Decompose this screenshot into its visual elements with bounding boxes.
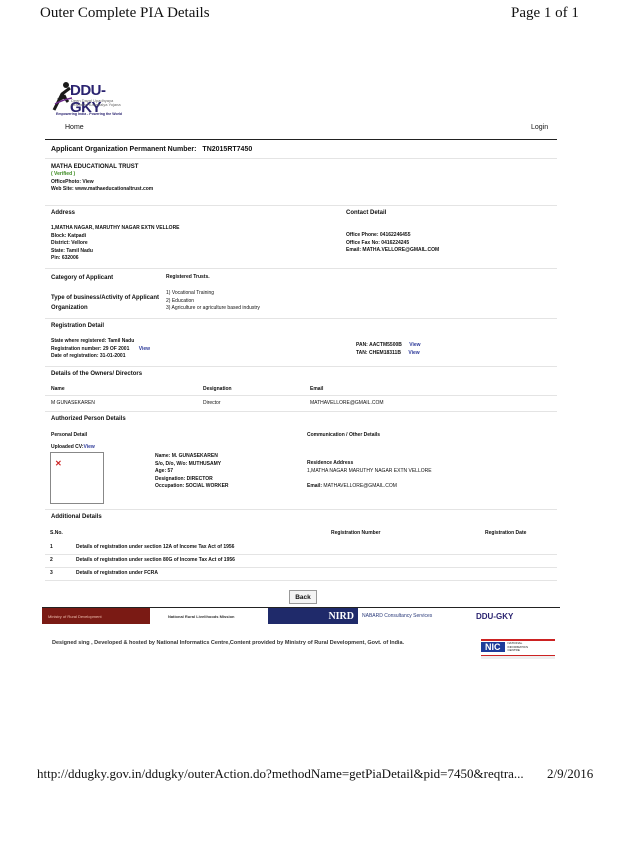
owners-col-designation: Designation (203, 386, 232, 394)
divider (45, 205, 557, 206)
divider (45, 580, 557, 581)
authorized-personal-block: Name: M. GUNASEKAREN S/o, D/o, W/o: MUTH… (155, 453, 229, 491)
block-label: Block: (51, 233, 66, 239)
communication-label: Communication / Other Details (307, 432, 380, 440)
registration-date-row: Date of registration: 31-01-2001 (51, 353, 150, 361)
auth-relation-row: S/o, D/o, W/o: MUTHUSAMY (155, 461, 229, 469)
runner-icon (52, 80, 72, 114)
ddu-gky-logo[interactable]: DDU-GKY Deen Dayal Upadhyaya Grameen Kau… (52, 78, 132, 118)
auth-relation-label: S/o, D/o, W/o: (155, 461, 187, 467)
office-photo-label: OfficePhoto: (51, 179, 81, 185)
pan-label: PAN: (356, 342, 368, 348)
personal-detail-label: Personal Detail (51, 432, 87, 440)
residence-value: 1,MATHA NAGAR MARUTHY NAGAR EXTN VELLORE (307, 468, 432, 476)
contact-email-value: MATHA.VELLORE@GMAIL.COM (362, 247, 439, 253)
logo-subtitle: Deen Dayal Upadhyaya Grameen Kaushalya Y… (71, 99, 131, 107)
additional-row-description: Details of registration under FCRA (76, 570, 158, 578)
pin-label: Pin: (51, 255, 60, 261)
tan-value: CHEM18311B (369, 350, 401, 356)
logo-tagline: Empowering India - Powering the World (56, 112, 122, 116)
registration-number-value: 29 OF 2001 (103, 346, 129, 352)
residence-label: Residence Address (307, 460, 432, 468)
owner-designation: Director (203, 400, 221, 408)
registration-heading: Registration Detail (51, 323, 104, 329)
office-fax-label: Office Fax No: (346, 240, 380, 246)
additional-row-description: Details of registration under section 80… (76, 557, 235, 565)
district-row: District: Vellore (51, 240, 180, 248)
additional-heading: Additional Details (51, 514, 102, 520)
mord-logo[interactable]: Ministry of Rural Development (42, 608, 150, 624)
contact-block: Office Phone: 04162246455 Office Fax No:… (346, 232, 439, 255)
additional-col-sno: S.No. (50, 530, 63, 538)
authorized-heading: Authorized Person Details (51, 416, 126, 422)
auth-name-row: Name: M. GUNASEKAREN (155, 453, 229, 461)
divider (45, 567, 557, 568)
additional-row-sno: 2 (50, 557, 53, 565)
nav-home-link[interactable]: Home (65, 124, 84, 131)
divider (45, 411, 557, 412)
tax-block: PAN: AACTM5500B View TAN: CHEM18311B Vie… (356, 342, 421, 357)
registered-state-value: Tamil Nadu (108, 338, 135, 344)
business-activity-item: 3) Agriculture or agriculture based indu… (166, 305, 260, 313)
tan-view-link[interactable]: View (408, 350, 419, 356)
business-activity-item: 1) Vocational Training (166, 290, 260, 298)
additional-row-description: Details of registration under section 12… (76, 544, 234, 552)
pan-row: PAN: AACTM5500B View (356, 342, 421, 350)
nic-logo-subtitle: NATIONAL INFORMATICS CENTRE (508, 642, 532, 653)
applicant-number-row: Applicant Organization Permanent Number:… (51, 146, 252, 153)
residence-block: Residence Address 1,MATHA NAGAR MARUTHY … (307, 460, 432, 491)
business-label: Type of business/Activity of Applicant O… (51, 293, 161, 313)
auth-name-label: Name: (155, 453, 170, 459)
owner-name: M GUNASEKAREN (51, 400, 95, 408)
owner-email: MATHAVELLORE@GMAIL.COM (310, 400, 384, 408)
broken-image-icon: ✕ (55, 459, 62, 468)
print-date: 2/9/2016 (547, 766, 593, 782)
verified-badge: ( Verified ) (51, 171, 153, 179)
block-row: Block: Katpadi (51, 233, 180, 241)
auth-age-row: Age: 57 (155, 468, 229, 476)
auth-designation-label: Designation: (155, 476, 185, 482)
uploaded-cv-label: Uploaded CV: (51, 444, 84, 450)
state-row: State: Tamil Nadu (51, 248, 180, 256)
state-value: Tamil Nadu (66, 248, 93, 254)
auth-occupation-label: Occupation: (155, 483, 184, 489)
office-photo-row: OfficePhoto: View (51, 179, 153, 187)
address-heading: Address (51, 210, 75, 216)
registration-number-row: Registration number: 29 OF 2001 View (51, 346, 150, 354)
website-row: Web Site: www.mathaeducationaltrust.com (51, 186, 153, 194)
district-value: Vellore (71, 240, 87, 246)
footer-credit: Designed sing , Developed & hosted by Na… (52, 640, 472, 646)
tan-label: TAN: (356, 350, 368, 356)
auth-age-value: 57 (168, 468, 174, 474)
office-phone-value: 04162246455 (380, 232, 411, 238)
office-phone-label: Office Phone: (346, 232, 379, 238)
contact-heading: Contact Detail (346, 210, 386, 216)
registered-state-label: State where registered: (51, 338, 106, 344)
category-label: Category of Applicant (51, 275, 113, 281)
auth-occupation-value: SOCIAL WORKER (186, 483, 229, 489)
cv-view-link[interactable]: View (84, 444, 95, 450)
auth-email-value: MATHAVELLORE@GMAIL.COM (323, 483, 397, 489)
owners-heading: Details of the Owners/ Directors (51, 371, 142, 377)
registration-block: State where registered: Tamil Nadu Regis… (51, 338, 150, 361)
auth-occupation-row: Occupation: SOCIAL WORKER (155, 483, 229, 491)
office-fax-value: 0416224245 (381, 240, 409, 246)
registration-date-label: Date of registration: (51, 353, 99, 359)
auth-age-label: Age: (155, 468, 166, 474)
district-label: District: (51, 240, 70, 246)
org-block: MATHA EDUCATIONAL TRUST ( Verified ) Off… (51, 164, 153, 194)
nic-logo[interactable]: NIC NATIONAL INFORMATICS CENTRE (481, 639, 555, 659)
registration-view-link[interactable]: View (139, 346, 150, 352)
nav-divider (45, 139, 557, 140)
pin-row: Pin: 632006 (51, 255, 180, 263)
auth-designation-row: Designation: DIRECTOR (155, 476, 229, 484)
org-name: MATHA EDUCATIONAL TRUST (51, 164, 153, 170)
business-activity-list: 1) Vocational Training2) Education3) Agr… (166, 290, 260, 313)
additional-col-regdate: Registration Date (485, 530, 526, 538)
print-url: http://ddugky.gov.in/ddugky/outerAction.… (37, 766, 524, 782)
registration-number-label: Registration number: (51, 346, 102, 352)
nrlm-logo[interactable]: National Rural Livelihoods Mission (150, 608, 268, 624)
business-activity-item: 2) Education (166, 298, 260, 306)
pin-value: 632006 (62, 255, 79, 261)
divider (45, 395, 557, 396)
owners-col-name: Name (51, 386, 65, 394)
category-value: Registered Trusts. (166, 274, 210, 282)
additional-row-sno: 3 (50, 570, 53, 578)
additional-col-regnum: Registration Number (331, 530, 380, 538)
nav-login-link[interactable]: Login (531, 124, 548, 131)
state-label: State: (51, 248, 65, 254)
back-button[interactable]: Back (289, 590, 317, 604)
tan-row: TAN: CHEM18311B View (356, 350, 421, 358)
print-page-title: Outer Complete PIA Details (40, 5, 210, 22)
nabard-logo[interactable]: NABARD Consultancy Services (358, 608, 458, 624)
office-photo-link[interactable]: View (82, 179, 93, 185)
divider (45, 366, 557, 367)
applicant-number-label: Applicant Organization Permanent Number: (51, 146, 196, 153)
partner-logo-bar: Ministry of Rural Development National R… (42, 607, 560, 624)
registration-date-value: 31-01-2001 (100, 353, 126, 359)
print-page-number: Page 1 of 1 (511, 5, 579, 22)
ddu-gky-footer-logo[interactable]: DDU-GKY (458, 608, 560, 624)
nic-logo-text: NIC (481, 642, 505, 652)
auth-email-row: Email: MATHAVELLORE@GMAIL.COM (307, 483, 432, 491)
divider (45, 318, 557, 319)
divider (45, 509, 557, 510)
additional-row-sno: 1 (50, 544, 53, 552)
pan-value: AACTM5500B (369, 342, 402, 348)
contact-email-label: Email: (346, 247, 361, 253)
uploaded-cv-row: Uploaded CV:View (51, 444, 95, 452)
block-value: Katpadi (68, 233, 86, 239)
divider (45, 268, 557, 269)
office-fax-row: Office Fax No: 0416224245 (346, 240, 439, 248)
address-line: 1,MATHA NAGAR, MARUTHY NAGAR EXTN VELLOR… (51, 225, 180, 233)
photo-placeholder: ✕ (50, 452, 104, 504)
pan-view-link[interactable]: View (409, 342, 420, 348)
auth-relation-value: MUTHUSAMY (189, 461, 222, 467)
website-link[interactable]: www.mathaeducationaltrust.com (75, 186, 153, 192)
address-block: 1,MATHA NAGAR, MARUTHY NAGAR EXTN VELLOR… (51, 225, 180, 263)
applicant-number-value: TN2015RT7450 (202, 146, 252, 153)
nird-logo[interactable]: NIRD (268, 608, 358, 624)
auth-email-label: Email: (307, 483, 322, 489)
divider (45, 554, 557, 555)
auth-name-value: M. GUNASEKAREN (172, 453, 218, 459)
office-phone-row: Office Phone: 04162246455 (346, 232, 439, 240)
contact-email-row: Email: MATHA.VELLORE@GMAIL.COM (346, 247, 439, 255)
owners-col-email: Email (310, 386, 323, 394)
divider (45, 158, 557, 159)
website-label: Web Site: (51, 186, 74, 192)
auth-designation-value: DIRECTOR (187, 476, 213, 482)
registered-state-row: State where registered: Tamil Nadu (51, 338, 150, 346)
